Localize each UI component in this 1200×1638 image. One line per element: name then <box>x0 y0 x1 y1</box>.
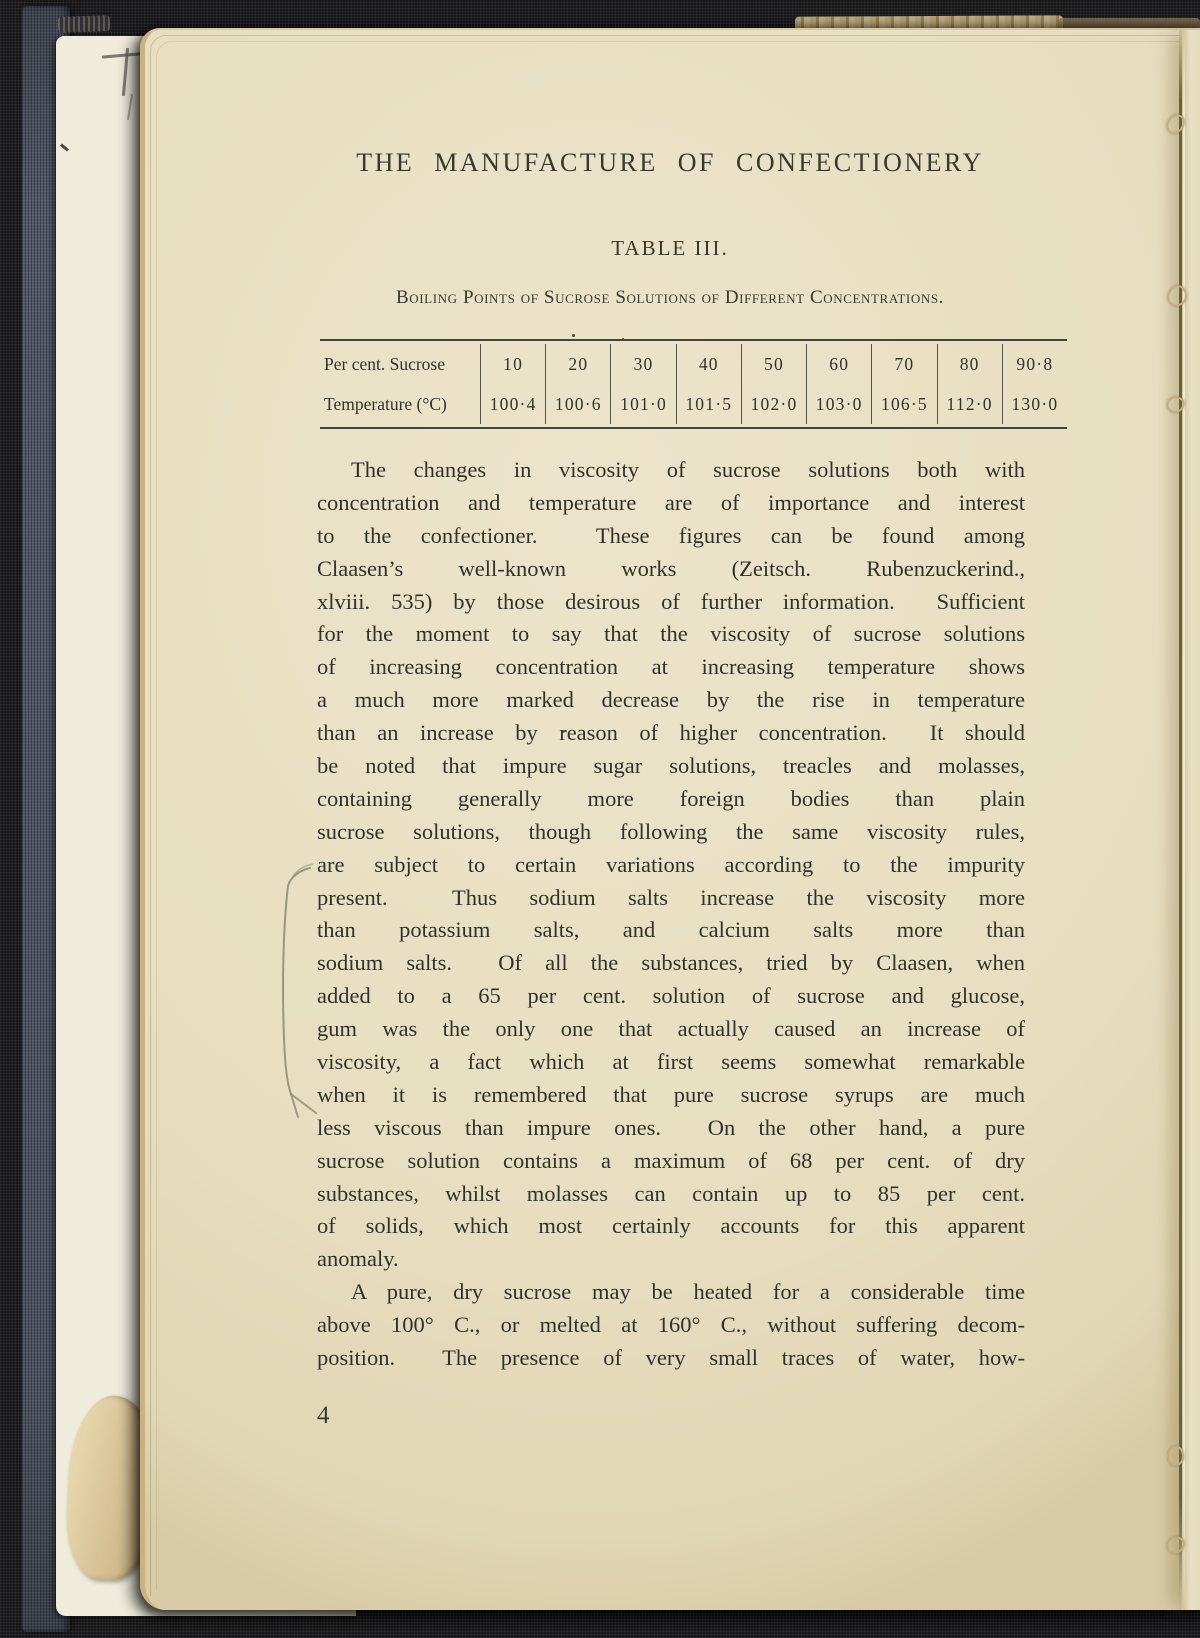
table-row-label: Per cent. Sucrose <box>320 344 480 384</box>
text-line: when it is remembered that pure sucrose … <box>317 1079 1025 1112</box>
table-column: 30101·0 <box>610 344 675 424</box>
pencil-cross-mark-horizontal <box>102 52 140 58</box>
text-line: a much more marked decrease by the rise … <box>317 684 1025 717</box>
text-line: containing generally more foreign bodies… <box>317 783 1025 816</box>
table-column: 80112·0 <box>937 344 1002 424</box>
text-line: sodium salts. Of all the substances, tri… <box>317 947 1025 980</box>
table-cell: 60 <box>807 344 871 384</box>
ink-speck <box>60 143 69 151</box>
table-column: 10100·4 <box>480 344 545 424</box>
text-line: of increasing concentration at increasin… <box>317 651 1025 684</box>
body-text: The changes in viscosity of sucrose solu… <box>317 454 1025 1375</box>
text-line: than potassium salts, and calcium salts … <box>317 914 1025 947</box>
table-title: Boiling Points of Sucrose Solutions of D… <box>145 287 1195 309</box>
table-cell: 20 <box>546 344 610 384</box>
text-line: than an increase by reason of higher con… <box>317 717 1025 750</box>
table-cell: 101·5 <box>677 384 741 424</box>
table-column: 40101·5 <box>676 344 741 424</box>
table-cell: 100·6 <box>546 384 610 424</box>
text-line: for the moment to say that the viscosity… <box>317 618 1025 651</box>
text-line: gum was the only one that actually cause… <box>317 1013 1025 1046</box>
table-cell: 106·5 <box>872 384 936 424</box>
text-line: concentration and temperature are of imp… <box>317 487 1025 520</box>
book-page: THE MANUFACTURE OF CONFECTIONERY TABLE I… <box>140 28 1200 1610</box>
book-scan-scene: THE MANUFACTURE OF CONFECTIONERY TABLE I… <box>0 0 1200 1638</box>
text-line: sucrose solution contains a maximum of 6… <box>317 1145 1025 1178</box>
text-line: less viscous than impure ones. On the ot… <box>317 1112 1025 1145</box>
table-cell: 30 <box>611 344 675 384</box>
table-column: 60103·0 <box>806 344 871 424</box>
text-line: added to a 65 per cent. solution of sucr… <box>317 980 1025 1013</box>
pencil-cross-mark-tail <box>127 94 133 120</box>
text-line: substances, whilst molasses can contain … <box>317 1178 1025 1211</box>
table-cell: 130·0 <box>1003 384 1067 424</box>
frayed-cloth-threads <box>58 15 111 33</box>
text-line: anomaly. <box>317 1243 1025 1276</box>
table-cell: 100·4 <box>481 384 545 424</box>
table-cell: 102·0 <box>742 384 806 424</box>
text-line: xlviii. 535) by those desirous of furthe… <box>317 586 1025 619</box>
running-head: THE MANUFACTURE OF CONFECTIONERY <box>145 148 1195 178</box>
table-column: 70106·5 <box>871 344 936 424</box>
print-speck <box>572 334 575 337</box>
gutter-crease <box>1179 30 1182 1610</box>
text-line: position. The presence of very small tra… <box>317 1342 1025 1375</box>
text-line: sucrose solutions, though following the … <box>317 816 1025 849</box>
table-column: 20100·6 <box>545 344 610 424</box>
table-row-label: Temperature (°C) <box>320 384 480 424</box>
pencil-margin-bracket <box>270 856 330 1156</box>
gutter-crease-highlight <box>1183 30 1185 1610</box>
table-cell: 50 <box>742 344 806 384</box>
text-line: present. Thus sodium salts increase the … <box>317 882 1025 915</box>
text-line: be noted that impure sugar solutions, tr… <box>317 750 1025 783</box>
table-column: 90·8130·0 <box>1002 344 1067 424</box>
table-cell: 10 <box>481 344 545 384</box>
text-line: A pure, dry sucrose may be heated for a … <box>317 1276 1025 1309</box>
table-cell: 103·0 <box>807 384 871 424</box>
table-heading: TABLE III. <box>145 236 1195 261</box>
text-line: Claasen’s well-known works (Zeitsch. Rub… <box>317 553 1025 586</box>
text-line: above 100° C., or melted at 160° C., wit… <box>317 1309 1025 1342</box>
text-line: of solids, which most certainly accounts… <box>317 1210 1025 1243</box>
table-cell: 70 <box>872 344 936 384</box>
table-cell: 80 <box>938 344 1002 384</box>
text-line: viscosity, a fact which at first seems s… <box>317 1046 1025 1079</box>
text-line: are subject to certain variations accord… <box>317 849 1025 882</box>
boiling-points-table: Per cent. SucroseTemperature (°C)10100·4… <box>320 339 1067 429</box>
table-column: 50102·0 <box>741 344 806 424</box>
table-cell: 40 <box>677 344 741 384</box>
table-cell: 112·0 <box>938 384 1002 424</box>
table-cell: 101·0 <box>611 384 675 424</box>
text-line: to the confectioner. These figures can b… <box>317 520 1025 553</box>
text-line: The changes in viscosity of sucrose solu… <box>317 454 1025 487</box>
page-number: 4 <box>317 1402 377 1430</box>
table-cell: 90·8 <box>1003 344 1067 384</box>
